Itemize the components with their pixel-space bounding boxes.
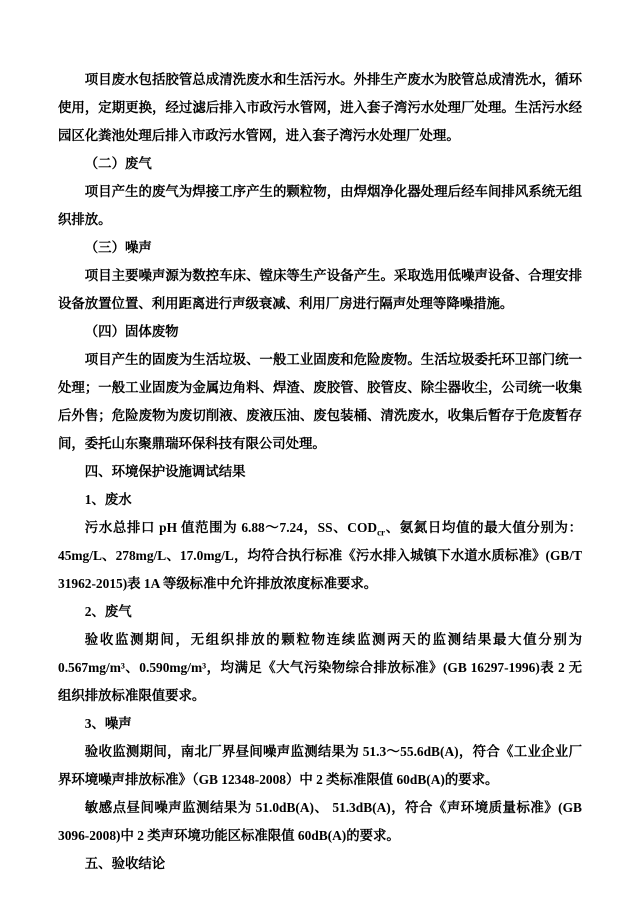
paragraph-noise-measures: 项目主要噪声源为数控车床、镗床等生产设备产生。采取选用低噪声设备、合理安排设备放…	[58, 262, 582, 318]
heading-section-5-acceptance-conclusion: 五、验收结论	[58, 850, 582, 878]
paragraph-sensitive-point-noise-result: 敏感点昼间噪声监测结果为 51.0dB(A)、 51.3dB(A)，符合《声环境…	[58, 794, 582, 850]
paragraph-solid-waste-measures: 项目产生的固废为生活垃圾、一般工业固废和危险废物。生活垃圾委托环卫部门统一处理；…	[58, 346, 582, 458]
document-body: 项目废水包括胶管总成清洗废水和生活污水。外排生产废水为胶管总成清洗水，循环使用，…	[58, 66, 582, 878]
document-page: 项目废水包括胶管总成清洗废水和生活污水。外排生产废水为胶管总成清洗水，循环使用，…	[0, 0, 642, 914]
paragraph-wastewater-measures: 项目废水包括胶管总成清洗废水和生活污水。外排生产废水为胶管总成清洗水，循环使用，…	[58, 66, 582, 150]
subheading-noise: （三）噪声	[58, 234, 582, 262]
subheading-solid-waste: （四）固体废物	[58, 318, 582, 346]
paragraph-boundary-noise-result: 验收监测期间，南北厂界昼间噪声监测结果为 51.3～55.6dB(A)，符合《工…	[58, 738, 582, 794]
subheading-waste-gas: （二）废气	[58, 150, 582, 178]
paragraph-wastewater-result: 污水总排口 pH 值范围为 6.88～7.24，SS、CODcr、氨氮日均值的最…	[58, 514, 582, 598]
subheading-result-waste-gas: 2、废气	[58, 598, 582, 626]
subheading-result-wastewater: 1、废水	[58, 486, 582, 514]
paragraph-waste-gas-measures: 项目产生的废气为焊接工序产生的颗粒物，由焊烟净化器处理后经车间排风系统无组织排放…	[58, 178, 582, 234]
paragraph-waste-gas-result: 验收监测期间，无组织排放的颗粒物连续监测两天的监测结果最大值分别为 0.567m…	[58, 626, 582, 710]
wastewater-result-text-before-subscript: 污水总排口 pH 值范围为 6.88～7.24，SS、COD	[85, 520, 377, 535]
heading-section-4-debug-results: 四、环境保护设施调试结果	[58, 458, 582, 486]
subheading-result-noise: 3、噪声	[58, 710, 582, 738]
cod-subscript: cr	[377, 528, 385, 538]
